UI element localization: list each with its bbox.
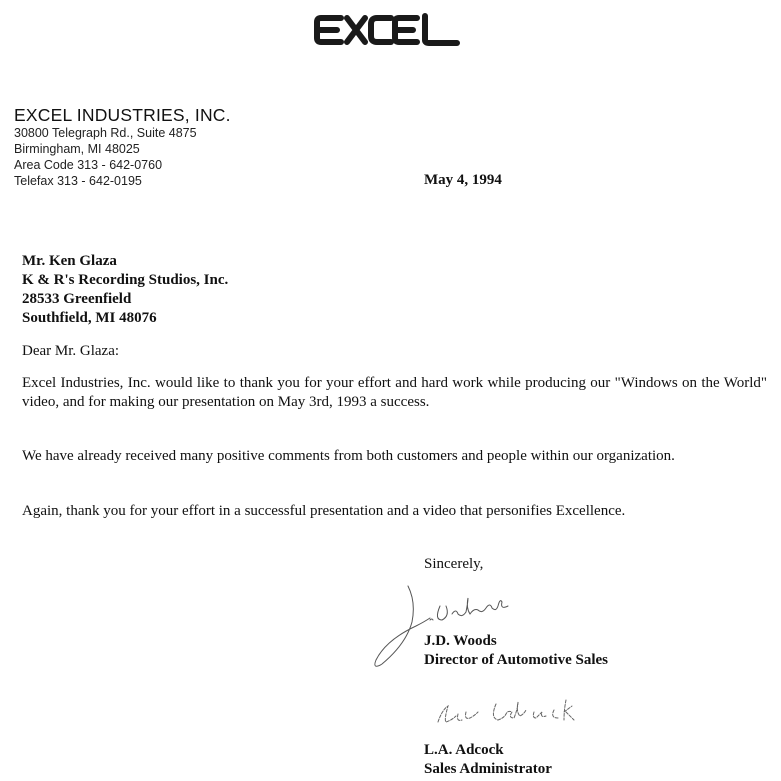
recipient-company: K & R's Recording Studios, Inc. [22, 271, 228, 290]
recipient-street: 28533 Greenfield [22, 290, 228, 309]
signatory-title: Sales Administrator [424, 760, 552, 779]
salutation: Dear Mr. Glaza: [22, 343, 119, 360]
excel-logo [313, 10, 461, 50]
address-phone: Area Code 313 - 642-0760 [14, 158, 162, 172]
address-city: Birmingham, MI 48025 [14, 142, 140, 156]
signature-la-adcock [430, 692, 590, 732]
recipient-name: Mr. Ken Glaza [22, 252, 228, 271]
signatory-title: Director of Automotive Sales [424, 651, 608, 670]
recipient-block: Mr. Ken Glaza K & R's Recording Studios,… [22, 252, 228, 328]
recipient-city: Southfield, MI 48076 [22, 309, 228, 328]
body-paragraph: Again, thank you for your effort in a su… [22, 502, 767, 521]
signatory-name: L.A. Adcock [424, 741, 552, 760]
closing: Sincerely, [424, 556, 483, 573]
body-paragraph: Excel Industries, Inc. would like to tha… [22, 374, 767, 411]
signatory-1: J.D. Woods Director of Automotive Sales [424, 632, 608, 670]
body-paragraph: We have already received many positive c… [22, 447, 767, 466]
signatory-2: L.A. Adcock Sales Administrator [424, 741, 552, 779]
company-name: EXCEL INDUSTRIES, INC. [14, 105, 231, 126]
letter-date: May 4, 1994 [424, 172, 502, 189]
address-fax: Telefax 313 - 642-0195 [14, 174, 142, 188]
address-street: 30800 Telegraph Rd., Suite 4875 [14, 126, 197, 140]
signatory-name: J.D. Woods [424, 632, 608, 651]
